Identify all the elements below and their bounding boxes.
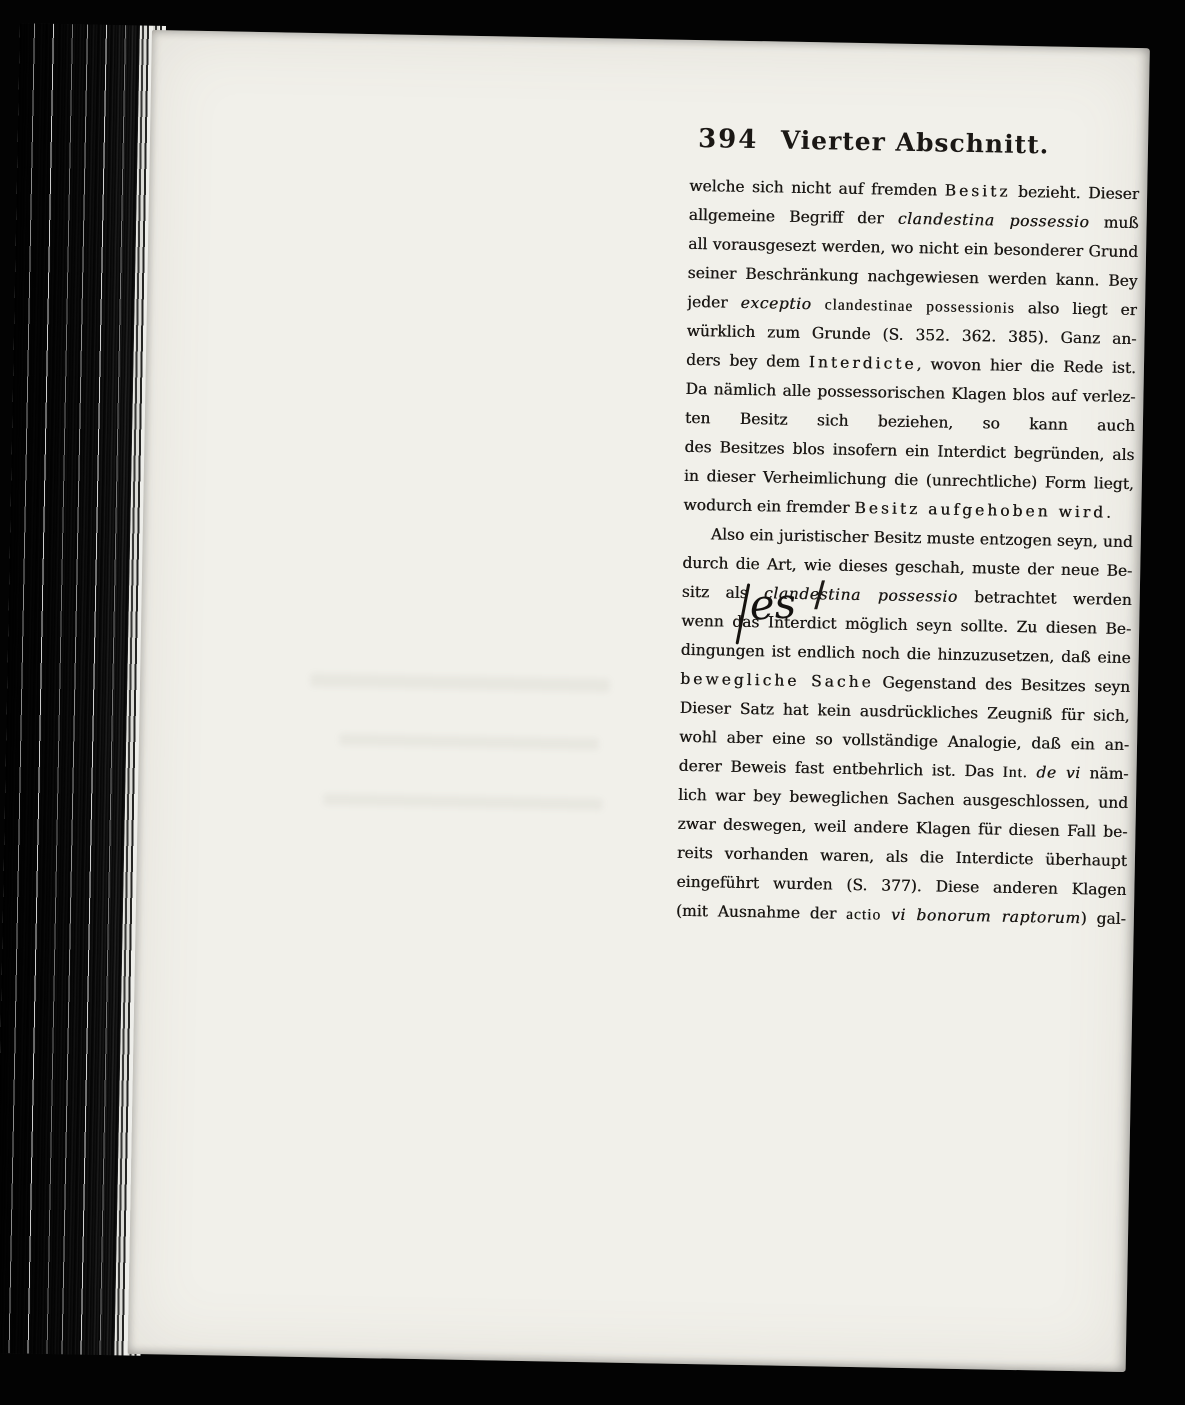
- show-through-ghost: [310, 673, 610, 692]
- body-text: welche sich nicht auf fremden Besitz bez…: [676, 172, 1140, 934]
- running-header: 394 Vierter Abschnitt.: [689, 124, 1140, 180]
- handwritten-correction-text: es: [749, 582, 798, 626]
- scan-photo-background: 394 Vierter Abschnitt. welche sich nicht…: [0, 0, 1185, 1405]
- show-through-ghost: [339, 734, 599, 751]
- book-page: 394 Vierter Abschnitt. welche sich nicht…: [128, 30, 1150, 1372]
- text-column: 394 Vierter Abschnitt. welche sich nicht…: [676, 124, 1141, 934]
- show-through-ghost: [323, 793, 603, 810]
- marginal-annotation: es: [724, 581, 815, 663]
- section-title: Vierter Abschnitt.: [690, 124, 1140, 161]
